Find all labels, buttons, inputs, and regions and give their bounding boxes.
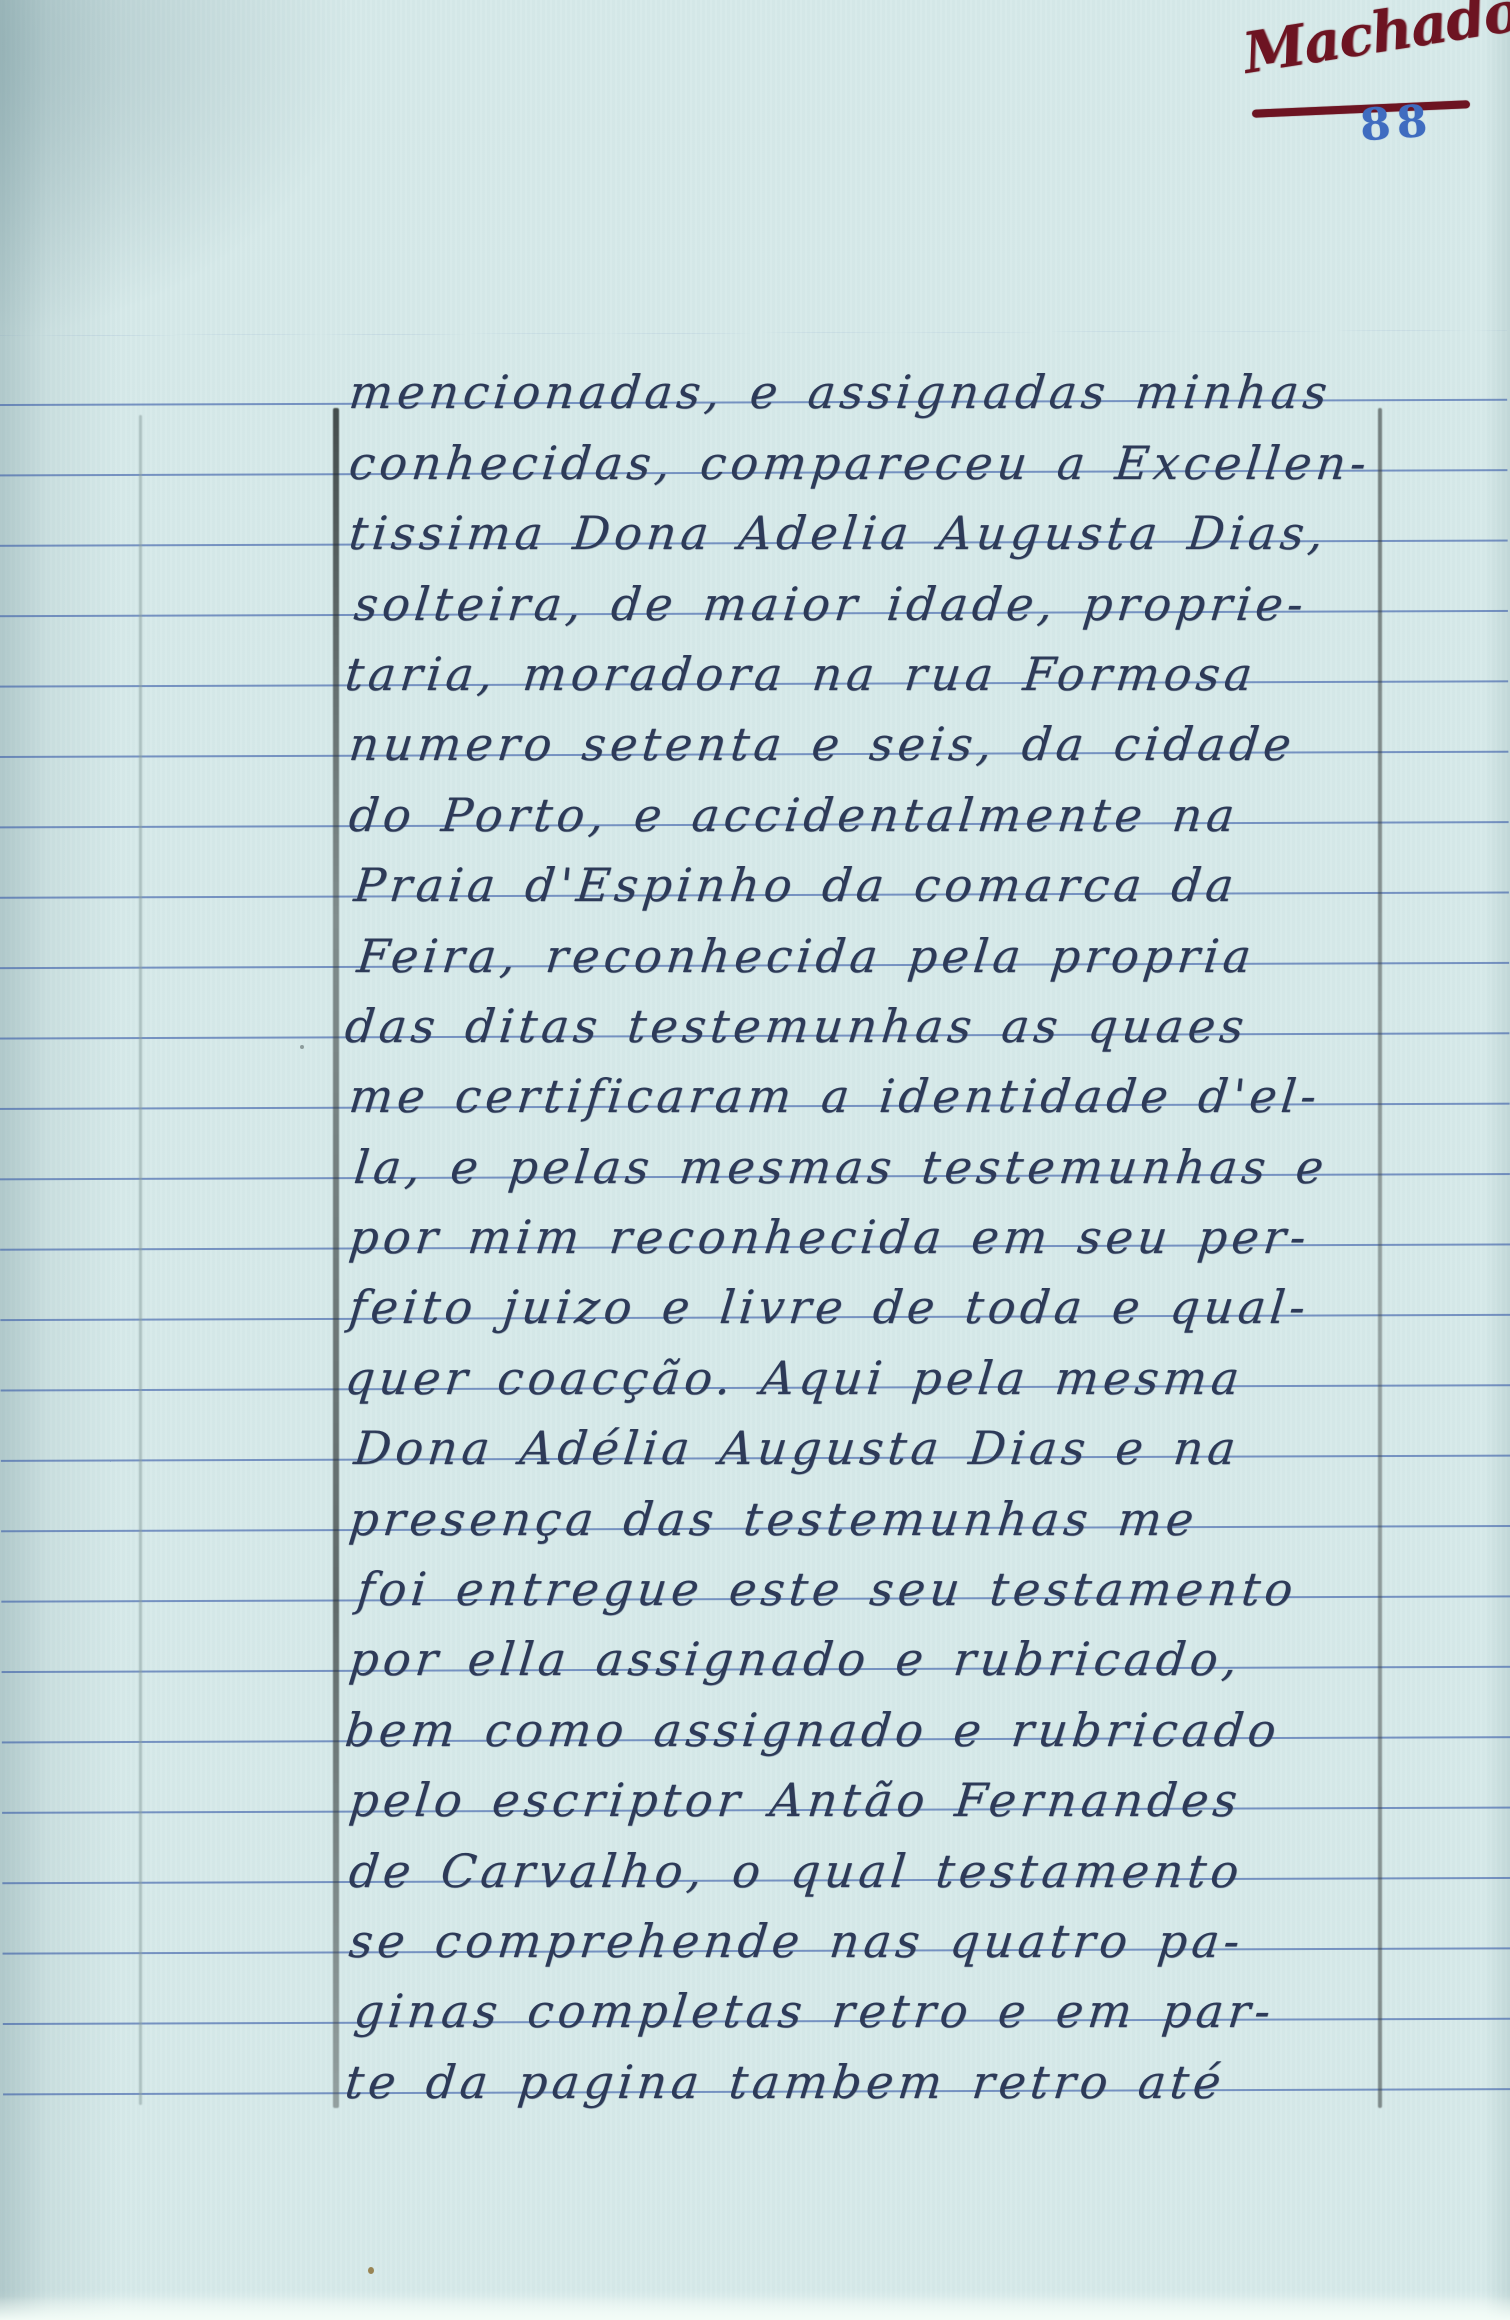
manuscript-line: quer coacção. Aqui pela mesma [347, 1318, 1510, 1388]
faint-pencil-margin-line [139, 415, 142, 2105]
manuscript-line: la, e pelas mesmas testemunhas e [347, 1107, 1510, 1177]
page-bottom-edge [0, 2296, 1510, 2320]
manuscript-line: das ditas testemunhas as quaes [347, 967, 1510, 1037]
manuscript-page: Machado 88 mencionadas, e assignadas min… [0, 0, 1510, 2320]
manuscript-line: de Carvalho, o qual testamento [347, 1811, 1510, 1881]
manuscript-line: do Porto, e accidentalmente na [347, 755, 1510, 825]
manuscript-line: tissima Dona Adelia Augusta Dias, [347, 474, 1510, 544]
manuscript-line: foi entregue este seu testamento [347, 1530, 1510, 1600]
manuscript-line: Feira, reconhecida pela propria [347, 896, 1510, 966]
manuscript-line: por mim reconhecida em seu per- [347, 1178, 1510, 1248]
manuscript-line-text: te da pagina tambem retro até [343, 2059, 1227, 2105]
manuscript-line: solteira, de maior idade, proprie- [347, 544, 1510, 614]
manuscript-line: presença das testemunhas me [347, 1459, 1510, 1529]
manuscript-line: numero setenta e seis, da cidade [347, 685, 1510, 755]
manuscript-line: por ella assignado e rubricado, [347, 1600, 1510, 1670]
manuscript-line: Praia d'Espinho da comarca da [347, 826, 1510, 896]
paper-speck [300, 1045, 304, 1049]
manuscript-line: mencionadas, e assignadas minhas [347, 333, 1510, 403]
manuscript-line: conhecidas, compareceu a Excellen- [347, 403, 1510, 473]
manuscript-line: Dona Adélia Augusta Dias e na [347, 1389, 1510, 1459]
manuscript-line: pelo escriptor Antão Fernandes [347, 1741, 1510, 1811]
manuscript-line: se comprehende nas quatro pa- [347, 1882, 1510, 1952]
paper-speck [368, 2267, 374, 2274]
manuscript-text-block: mencionadas, e assignadas minhas conheci… [347, 333, 1510, 2093]
manuscript-line: te da pagina tambem retro até [347, 2022, 1510, 2092]
manuscript-line: taria, moradora na rua Formosa [347, 615, 1510, 685]
page-number: 88 [1359, 99, 1435, 148]
left-pencil-margin-line [333, 408, 339, 2108]
manuscript-line: feito juizo e livre de toda e qual- [347, 1248, 1510, 1318]
manuscript-line: me certificaram a identidade d'el- [347, 1037, 1510, 1107]
manuscript-line: ginas completas retro e em par- [347, 1952, 1510, 2022]
manuscript-line: bem como assignado e rubricado [347, 1670, 1510, 1740]
notary-rubric-signature: Machado [1239, 0, 1510, 82]
